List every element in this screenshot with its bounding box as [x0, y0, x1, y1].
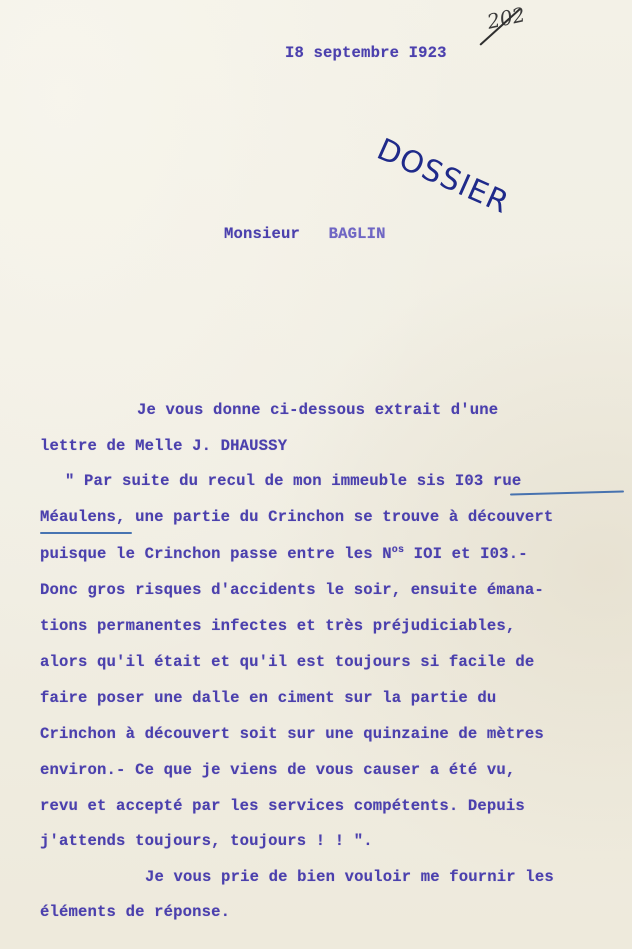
handwritten-folio-number: 202 — [485, 2, 527, 33]
body-line-6: Donc gros risques d'accidents le soir, e… — [40, 581, 544, 599]
body-line-7: tions permanentes infectes et très préju… — [40, 617, 515, 635]
body-line-5-numbers: IOI et I03.- — [404, 545, 528, 563]
body-line-4: Méaulens, une partie du Crinchon se trou… — [40, 508, 553, 526]
body-line-5: puisque le Crinchon passe entre les Nos … — [40, 545, 528, 563]
body-line-9: faire poser une dalle en ciment sur la p… — [40, 689, 496, 707]
body-line-14: Je vous prie de bien vouloir me fournir … — [145, 868, 554, 886]
body-line-12: revu et accepté par les services compéte… — [40, 797, 525, 815]
dossier-stamp: DOSSIER — [372, 132, 515, 221]
body-line-10: Crinchon à découvert soit sur une quinza… — [40, 725, 544, 743]
recipient-title: Monsieur — [224, 225, 300, 243]
underline-mark-street — [40, 532, 132, 534]
underline-mark-address-number — [510, 491, 624, 496]
body-line-3: " Par suite du recul de mon immeuble sis… — [65, 472, 521, 490]
letter-date: I8 septembre I923 — [285, 44, 447, 62]
body-line-13: j'attends toujours, toujours ! ! ". — [40, 832, 373, 850]
recipient-line: Monsieur BAGLIN — [224, 225, 386, 243]
superscript-os: os — [392, 545, 404, 556]
recipient-name: BAGLIN — [329, 225, 386, 243]
body-line-2: lettre de Melle J. DHAUSSY — [40, 437, 287, 455]
body-line-1: Je vous donne ci-dessous extrait d'une — [137, 401, 498, 419]
body-line-15: éléments de réponse. — [40, 903, 230, 921]
body-line-11: environ.- Ce que je viens de vous causer… — [40, 761, 515, 779]
letter-page: 202 I8 septembre I923 DOSSIER Monsieur B… — [0, 0, 632, 949]
body-line-8: alors qu'il était et qu'il est toujours … — [40, 653, 534, 671]
body-line-5-text: puisque le Crinchon passe entre les N — [40, 545, 392, 563]
